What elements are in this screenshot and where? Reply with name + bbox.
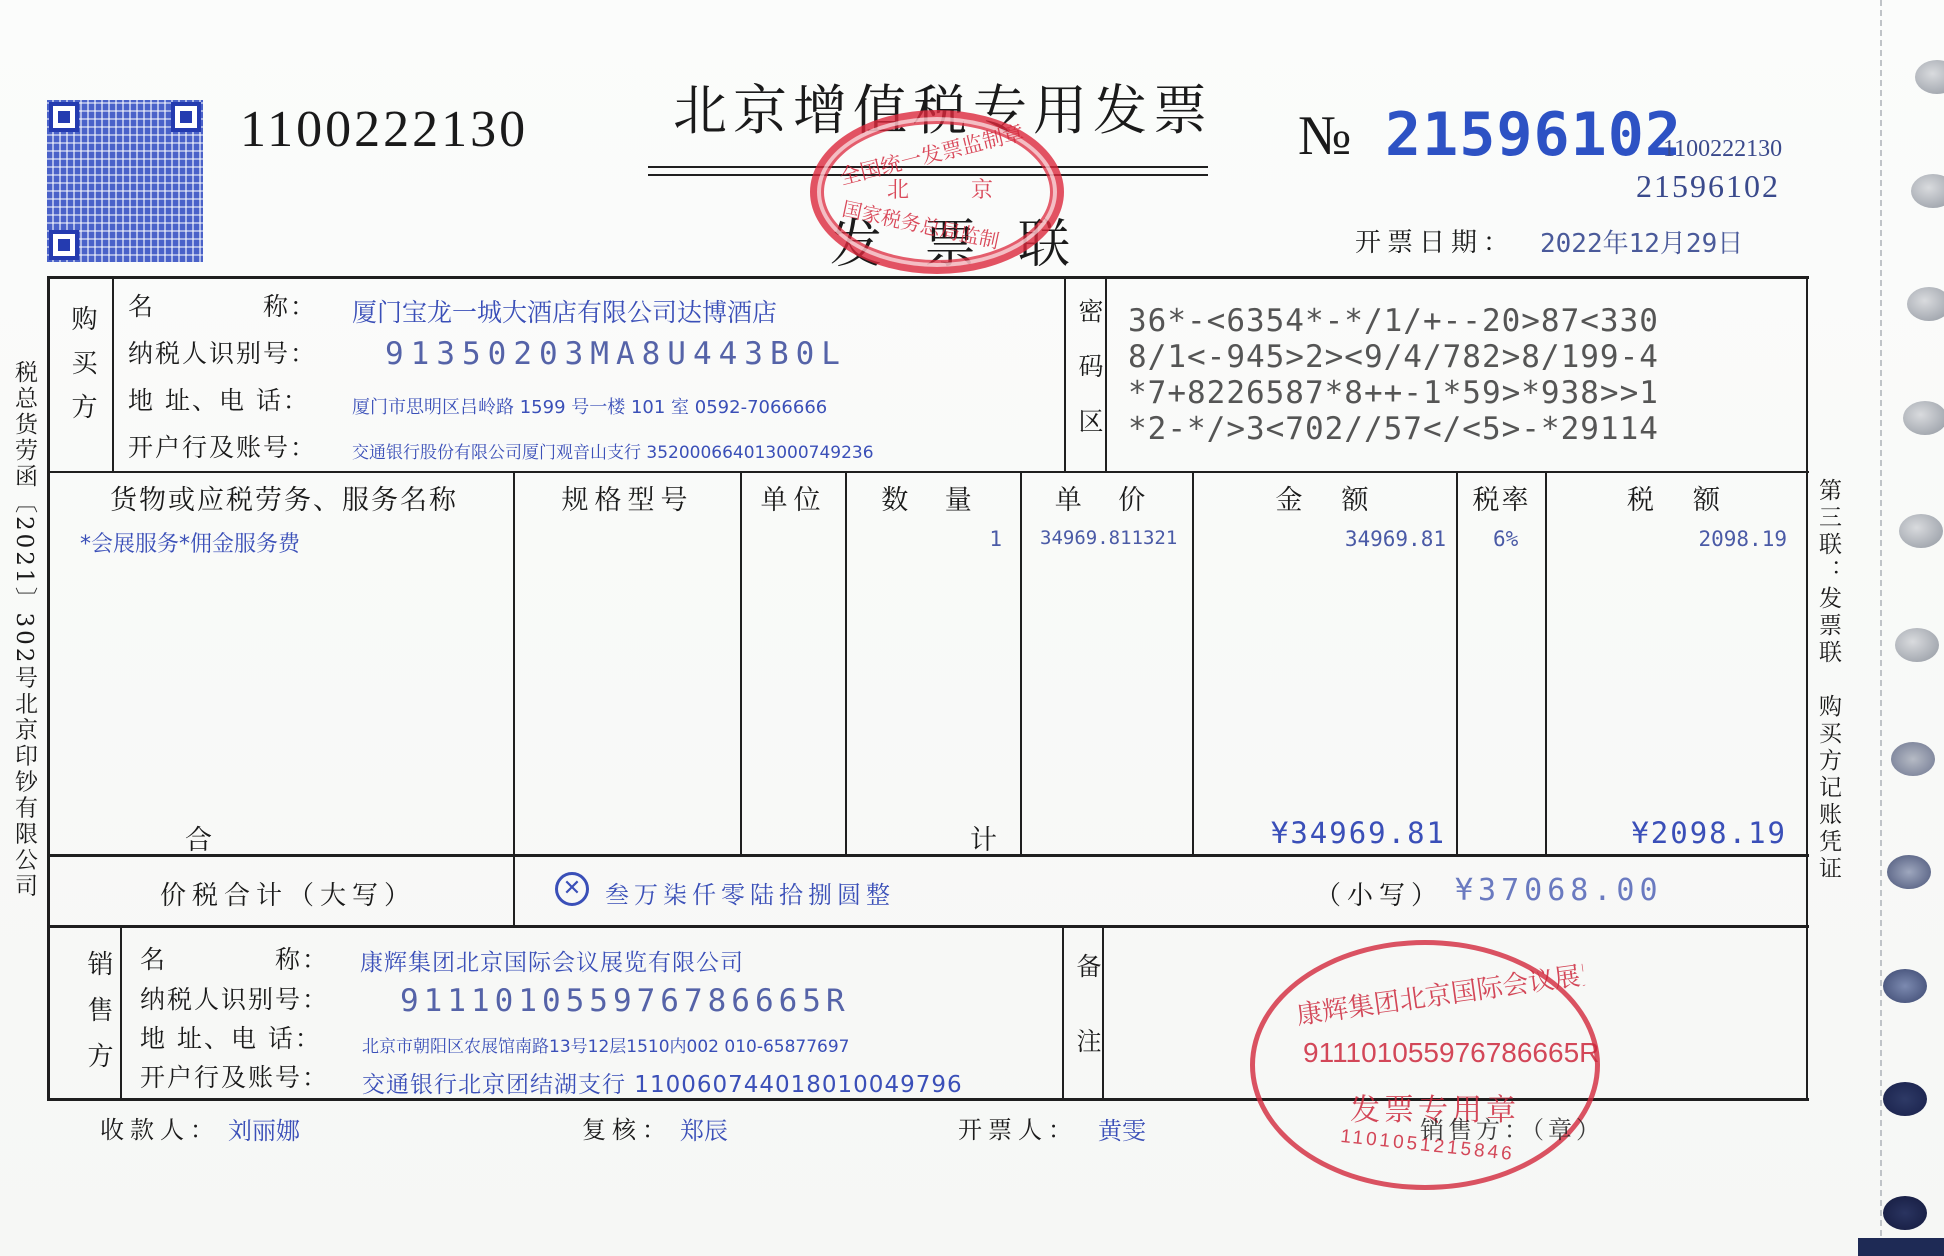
total-amount: ¥34969.81 (1194, 816, 1446, 850)
invoice-code-small: 1100222130 (1663, 136, 1782, 163)
item-name: *会展服务*佣金服务费 (80, 527, 300, 558)
sprocket-hole (1895, 628, 1939, 662)
seller-section-label: 销售方 (80, 950, 117, 1088)
buyer-tax-id-label: 纳税人识别号： (128, 334, 317, 370)
col-header-name: 货物或应税劳务、服务名称 (55, 478, 513, 517)
buyer-section-label: 购买方 (64, 305, 101, 437)
invoice-number: 21596102 (1385, 100, 1682, 170)
sprocket-hole (1883, 969, 1927, 1003)
buyer-tax-id: 91350203MA8U443B0L (385, 336, 847, 372)
col-header-tax-amount: 税 额 (1547, 478, 1806, 517)
sprocket-hole (1891, 742, 1935, 776)
buyer-address-label: 地 址、电 话： (128, 381, 310, 417)
sprocket-hole (1883, 1082, 1927, 1116)
buyer-name: 厦门宝龙一城大酒店有限公司达博酒店 (352, 293, 777, 329)
col-header-unit: 单位 (742, 478, 845, 517)
invoice-number-small: 21596102 (1636, 168, 1780, 205)
issue-date: 2022年12月29日 (1540, 223, 1743, 260)
payee: 刘丽娜 (228, 1111, 300, 1146)
col-header-quantity: 数 量 (847, 478, 1020, 517)
cipher-area-label: 密码区 (1071, 298, 1107, 463)
printer-info: 税总货劳函〔2021〕302号北京印钞有限公司 (8, 360, 41, 899)
item-quantity: 1 (847, 527, 1002, 551)
invoice-paper: 1100222130 北京增值税专用发票 发票联 全国统一发票监制章 北 京 国… (0, 0, 1944, 1256)
copy-designation: 第三联：发票联 购买方记账凭证 (1812, 478, 1845, 883)
buyer-name-label: 名 称： (128, 287, 317, 323)
sprocket-hole (1907, 287, 1944, 321)
sprocket-hole (1883, 1196, 1927, 1230)
seller-tax-id: 911101055976786665R (400, 983, 850, 1019)
buyer-bank-label: 开户行及账号： (128, 428, 317, 464)
seller-address-label: 地 址、电 话： (140, 1019, 322, 1055)
payee-label: 收款人： (100, 1110, 220, 1145)
seller-seal-label: 销售方：（章） (1420, 1110, 1604, 1145)
total-tax: ¥2098.19 (1547, 816, 1787, 850)
seller-name-label: 名 称： (140, 940, 329, 976)
total-label: 合 计 (185, 818, 1127, 857)
invoice-code: 1100222130 (240, 100, 528, 159)
price-tax-lower-label: （小写） (1315, 875, 1443, 912)
col-header-spec: 规格型号 (515, 478, 740, 517)
supervision-stamp: 全国统一发票监制章 北 京 国家税务总局监制 (810, 110, 1064, 274)
price-tax-upper-amount: 叁万柒仟零陆拾捌圆整 (605, 875, 895, 910)
sprocket-hole (1899, 514, 1943, 548)
sprocket-hole (1911, 174, 1944, 208)
seller-name: 康辉集团北京国际会议展览有限公司 (360, 944, 744, 977)
sprocket-hole (1903, 401, 1944, 435)
price-tax-lower-amount: ¥37068.00 (1455, 873, 1663, 908)
issuer-label: 开票人： (958, 1110, 1078, 1145)
seller-invoice-stamp: 康辉集团北京国际会议展览有限公司 911101055976786665R 发票专… (1250, 940, 1600, 1190)
item-tax-amount: 2098.19 (1547, 527, 1787, 551)
buyer-bank: 交通银行股份有限公司厦门观音山支行 352000664013000749236 (352, 438, 874, 463)
issuer: 黄雯 (1098, 1111, 1146, 1146)
background-surface (1858, 1238, 1944, 1256)
seller-address: 北京市朝阳区农展馆南路13号12层1510内002 010-65877697 (362, 1032, 850, 1057)
reviewer: 郑辰 (680, 1111, 728, 1146)
seller-bank-label: 开户行及账号： (140, 1058, 329, 1094)
col-header-tax-rate: 税率 (1458, 478, 1545, 517)
seller-tax-id-label: 纳税人识别号： (140, 980, 329, 1016)
seller-bank: 交通银行北京团结湖支行 110060744018010049796 (362, 1066, 963, 1099)
item-unit-price: 34969.811321 (1040, 527, 1177, 549)
issue-date-label: 开票日期： (1355, 222, 1515, 259)
item-amount: 34969.81 (1194, 527, 1446, 551)
reviewer-label: 复核： (582, 1110, 672, 1145)
item-tax-rate: 6% (1493, 527, 1518, 551)
sprocket-hole (1915, 60, 1944, 94)
circle-x-icon: ✕ (555, 872, 589, 906)
cipher-text: 36*-<6354*-*/1/+--20>87<3308/1<-945>2><9… (1128, 303, 1659, 447)
perforation-line (1880, 0, 1884, 1256)
number-sign: № (1298, 104, 1351, 168)
col-header-amount: 金 额 (1194, 478, 1456, 517)
col-header-unit-price: 单 价 (1022, 478, 1192, 517)
qr-code (47, 100, 203, 262)
remarks-label: 备注 (1069, 953, 1105, 1103)
sprocket-hole (1887, 855, 1931, 889)
price-tax-upper-label: 价税合计（大写） (160, 875, 416, 912)
buyer-address: 厦门市思明区吕岭路 1599 号一楼 101 室 0592-7066666 (352, 393, 827, 419)
